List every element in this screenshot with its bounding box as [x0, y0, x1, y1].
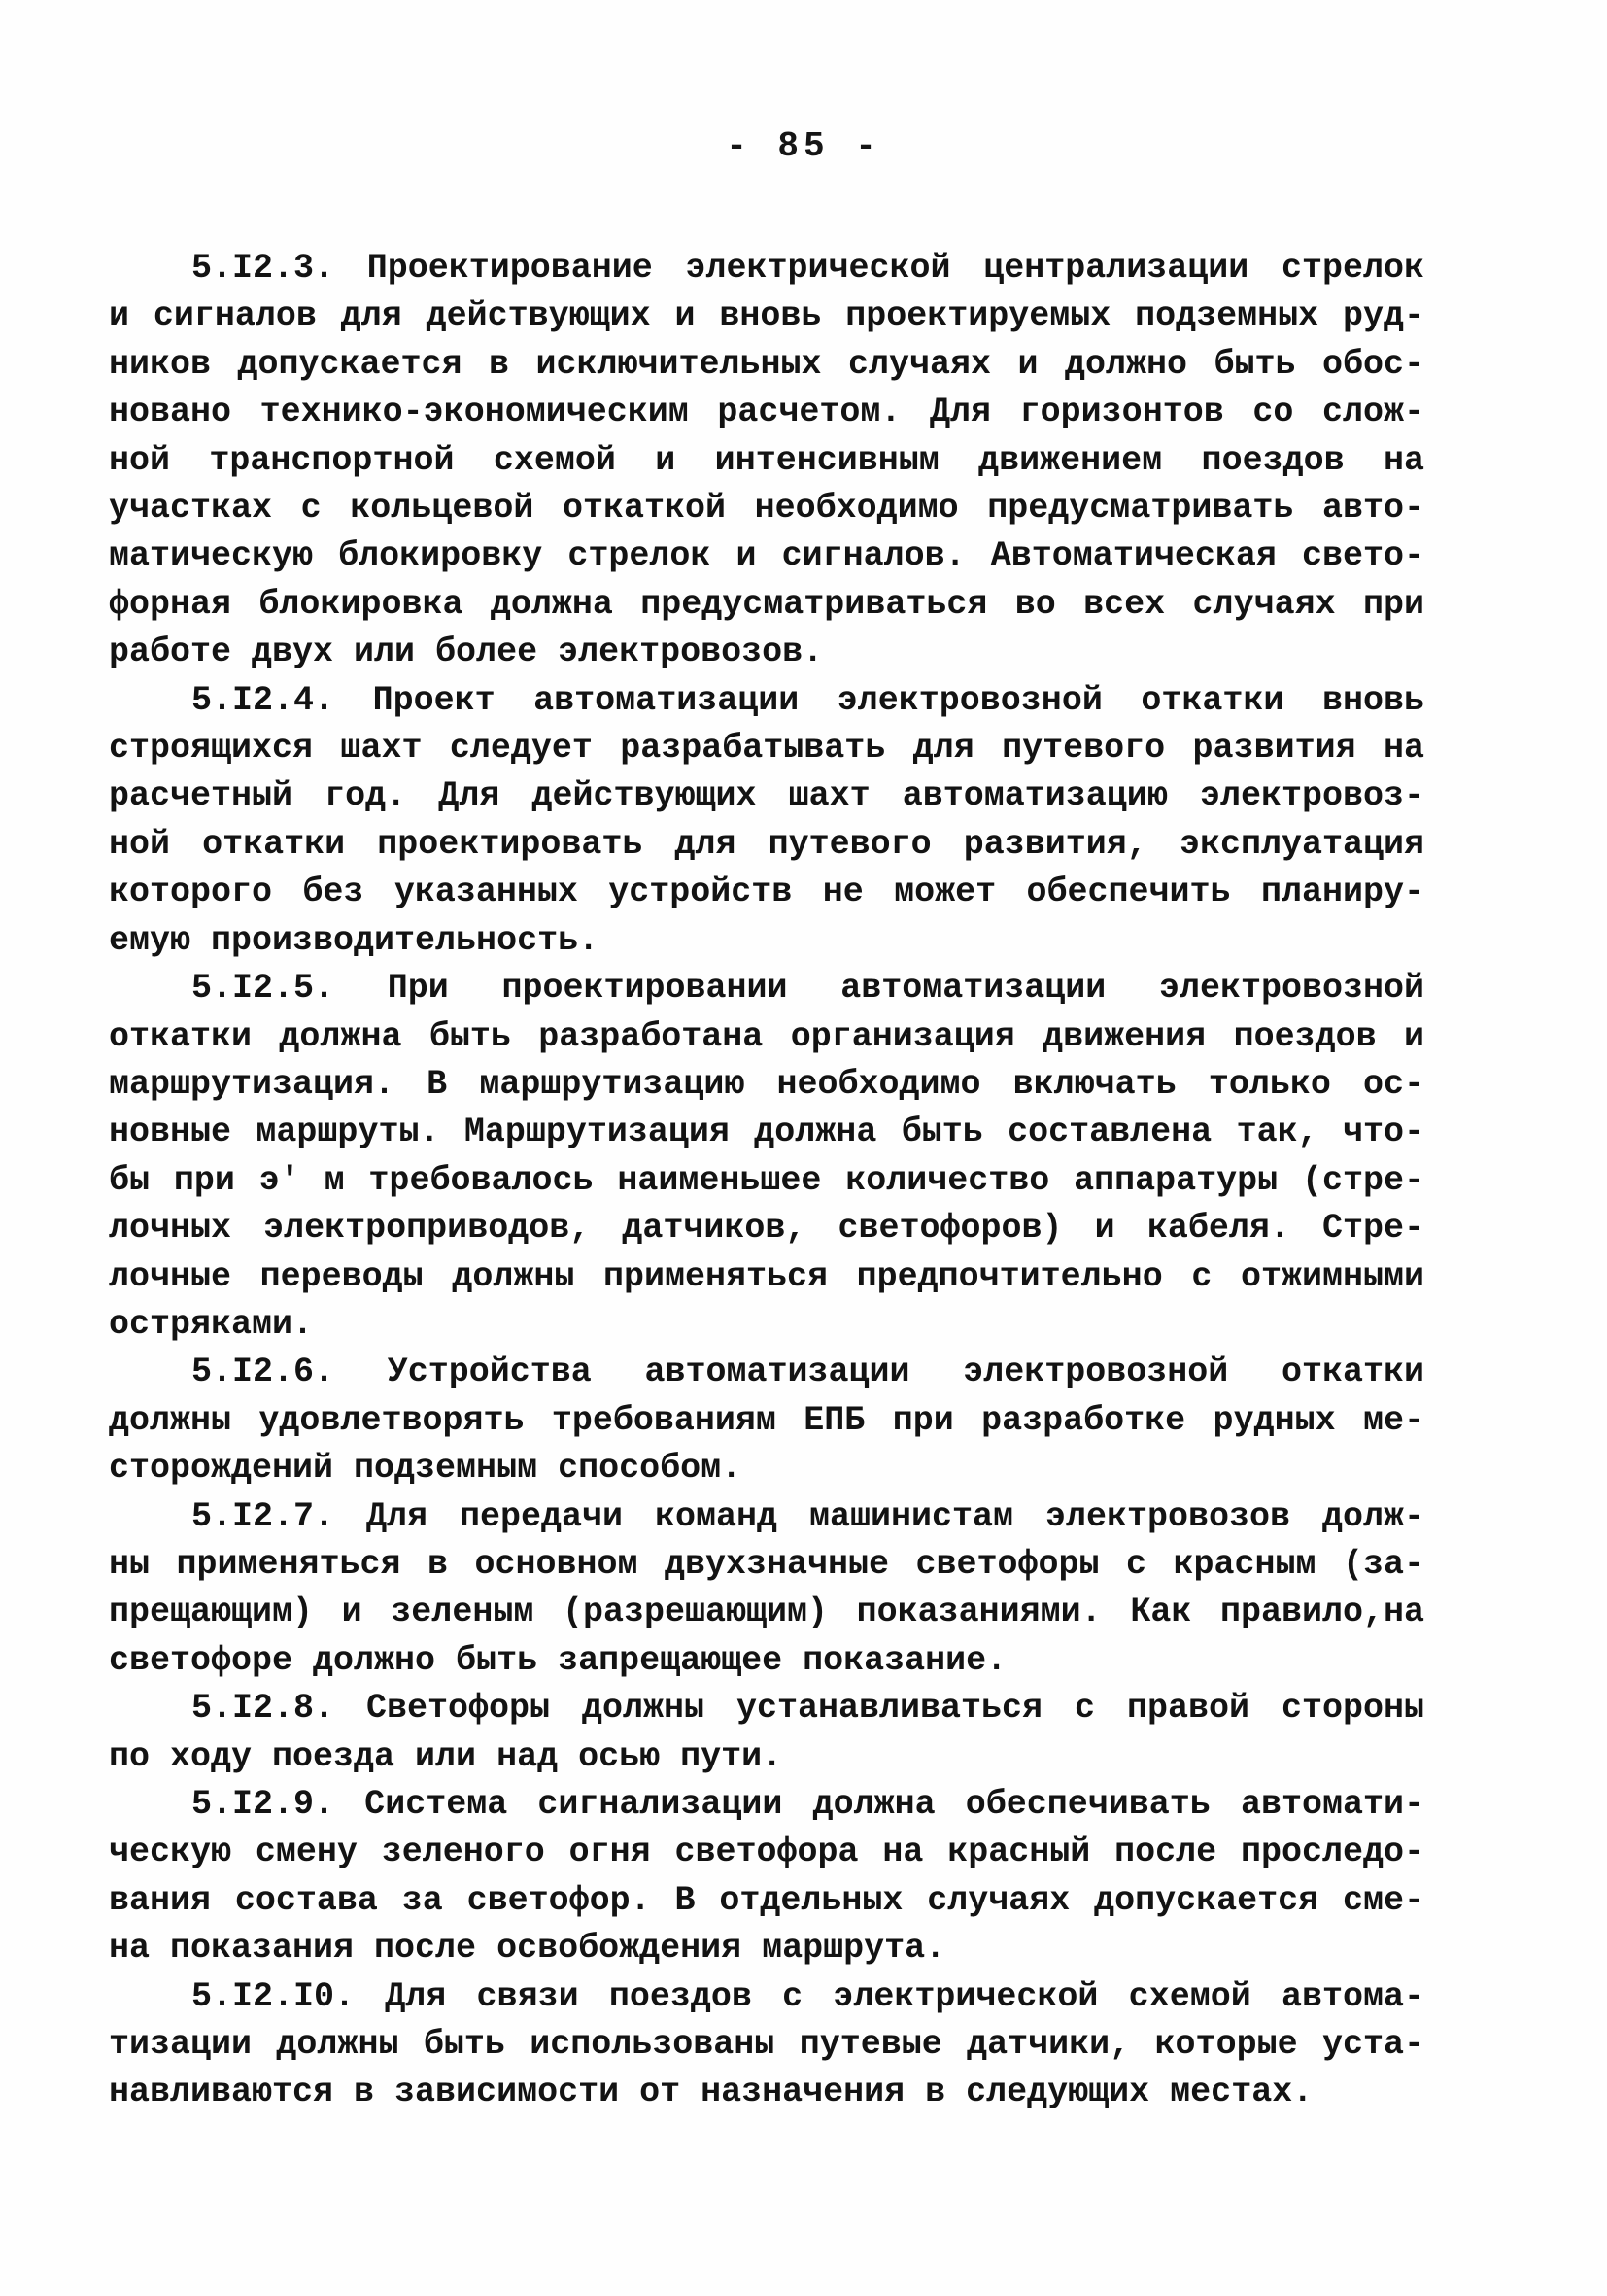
text-line: 5.I2.3. Проектирование электрической цен… — [109, 245, 1424, 292]
text-line: лочных электроприводов, датчиков, светоф… — [109, 1205, 1424, 1252]
text-line: 5.I2.8. Светофоры должны устанавливаться… — [109, 1685, 1424, 1732]
text-line: 5.I2.4. Проект автоматизации электровозн… — [109, 677, 1424, 725]
text-line: должны удовлетворять требованиям ЕПБ при… — [109, 1397, 1424, 1445]
text-line: ной откатки проектировать для путевого р… — [109, 821, 1424, 869]
text-line: 5.I2.7. Для передачи команд машинистам э… — [109, 1493, 1424, 1541]
text-line: ческую смену зеленого огня светофора на … — [109, 1829, 1424, 1876]
text-line: ников допускается в исключительных случа… — [109, 341, 1424, 389]
text-line: бы при э' м требовалось наименьшее колич… — [109, 1157, 1424, 1205]
scanned-document-page: - 85 - 5.I2.3. Проектирование электричес… — [0, 0, 1607, 2296]
text-line: которого без указанных устройств не може… — [109, 869, 1424, 916]
text-line: новные маршруты. Маршрутизация должна бы… — [109, 1109, 1424, 1156]
text-line: матическую блокировку стрелок и сигналов… — [109, 532, 1424, 580]
text-line: емую производительность. — [109, 917, 1424, 965]
text-line: и сигналов для действующих и вновь проек… — [109, 292, 1424, 340]
text-line: 5.I2.5. При проектировании автоматизации… — [109, 965, 1424, 1012]
text-line: по ходу поезда или над осью пути. — [109, 1733, 1424, 1781]
text-line: сторождений подземным способом. — [109, 1445, 1424, 1492]
text-line: прещающим) и зеленым (разрешающим) показ… — [109, 1589, 1424, 1636]
text-line: форная блокировка должна предусматривать… — [109, 581, 1424, 629]
text-line: лочные переводы должны применяться предп… — [109, 1253, 1424, 1301]
text-line: ной транспортной схемой и интенсивным дв… — [109, 437, 1424, 485]
text-line: работе двух или более электровозов. — [109, 629, 1424, 676]
text-line: откатки должна быть разработана организа… — [109, 1013, 1424, 1061]
text-line: ны применяться в основном двухзначные св… — [109, 1541, 1424, 1589]
text-line: навливаются в зависимости от назначения … — [109, 2069, 1424, 2116]
text-line: светофоре должно быть запрещающее показа… — [109, 1637, 1424, 1685]
text-line: участках с кольцевой откаткой необходимо… — [109, 485, 1424, 532]
page-number: - 85 - — [0, 126, 1607, 166]
text-line: строящихся шахт следует разрабатывать дл… — [109, 725, 1424, 772]
text-line: расчетный год. Для действующих шахт авто… — [109, 772, 1424, 820]
text-line: 5.I2.9. Система сигнализации должна обес… — [109, 1781, 1424, 1829]
text-line: на показания после освобождения маршрута… — [109, 1925, 1424, 1972]
text-line: остряками. — [109, 1301, 1424, 1349]
text-line: 5.I2.I0. Для связи поездов с электрическ… — [109, 1973, 1424, 2021]
text-line: маршрутизация. В маршрутизацию необходим… — [109, 1061, 1424, 1109]
document-body: 5.I2.3. Проектирование электрической цен… — [109, 245, 1424, 2117]
text-line: 5.I2.6. Устройства автоматизации электро… — [109, 1349, 1424, 1396]
text-line: новано технико-экономическим расчетом. Д… — [109, 389, 1424, 436]
text-line: тизации должны быть использованы путевые… — [109, 2021, 1424, 2069]
text-line: вания состава за светофор. В отдельных с… — [109, 1877, 1424, 1925]
